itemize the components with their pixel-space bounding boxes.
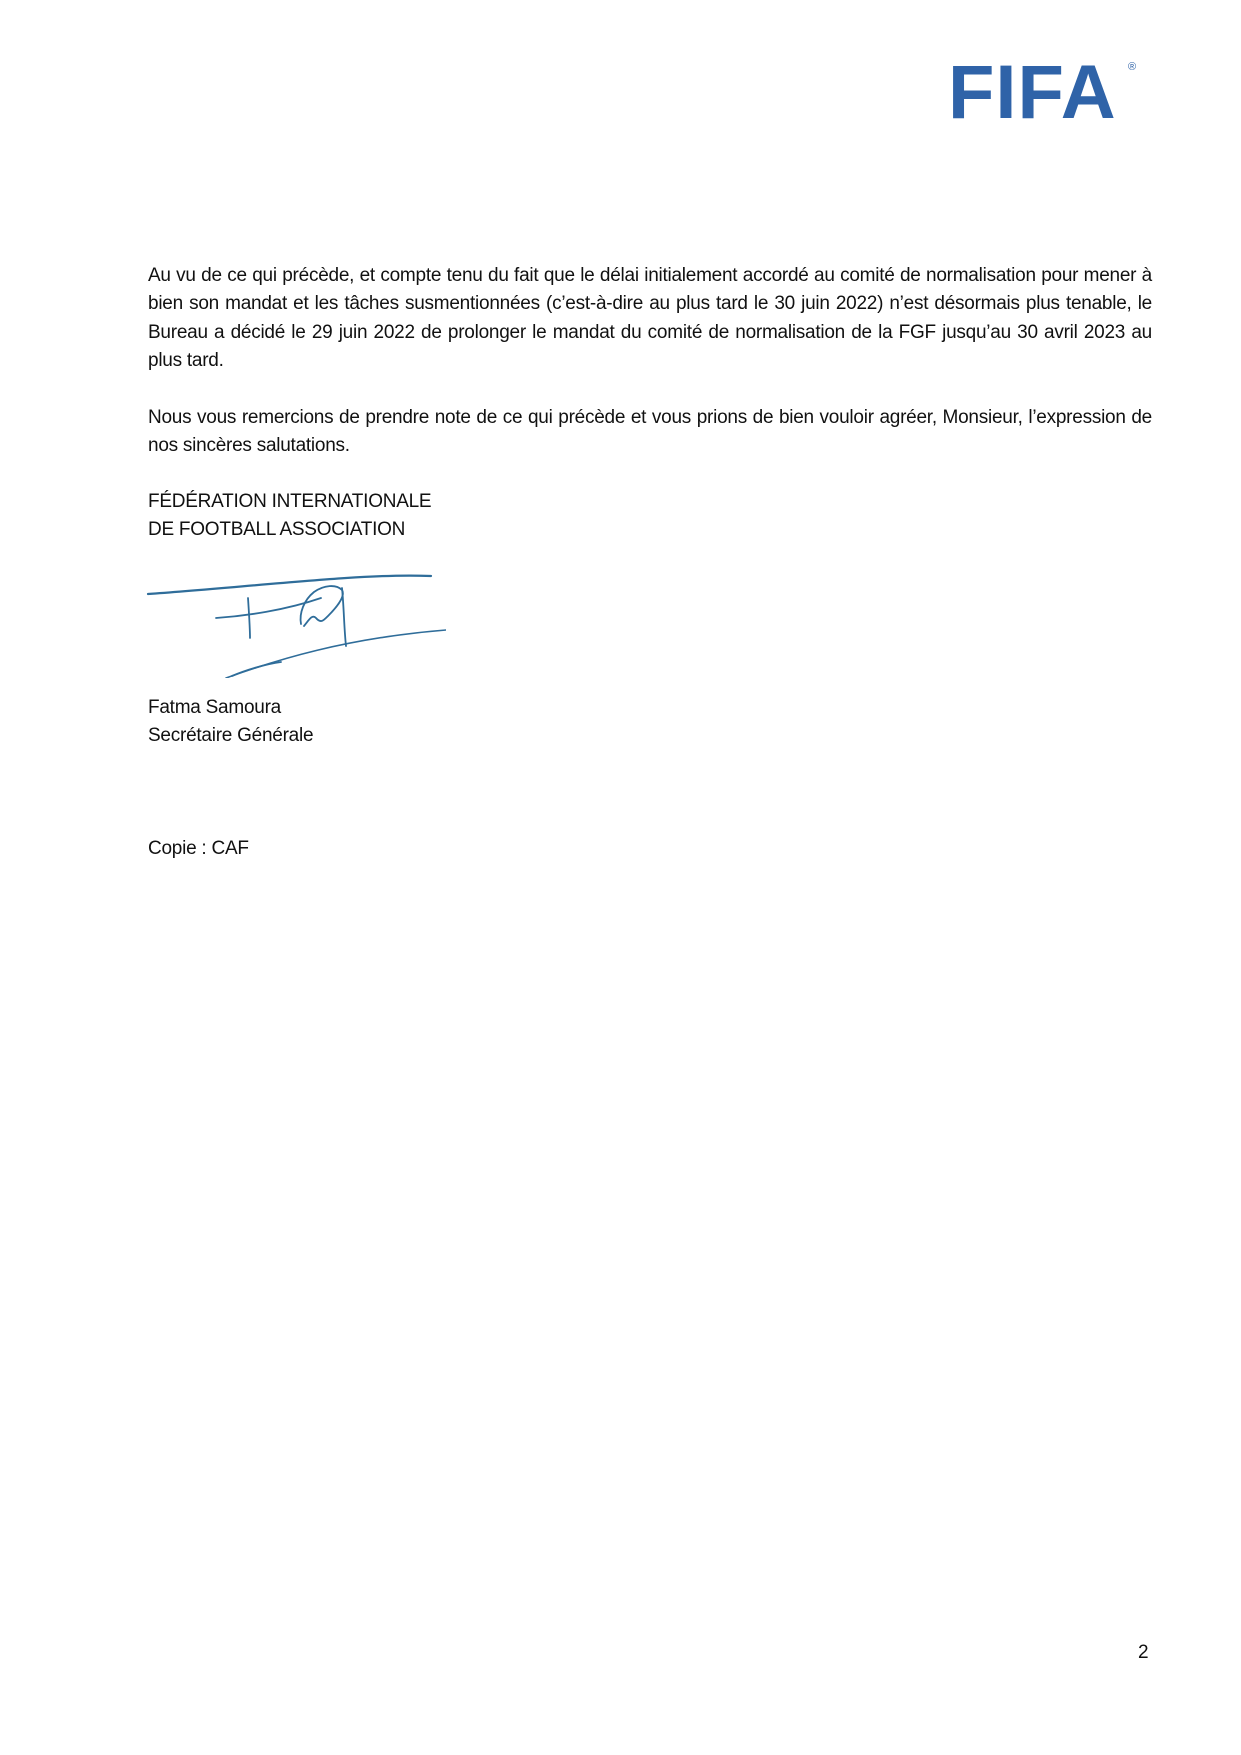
paragraph-extension-decision: Au vu de ce qui précède, et compte tenu … xyxy=(148,262,1152,376)
registered-mark: ® xyxy=(1128,61,1136,73)
paragraph-closing-salutation: Nous vous remercions de prendre note de … xyxy=(148,404,1152,461)
fifa-logo: FIFA ® xyxy=(948,56,1140,126)
page-number: 2 xyxy=(1138,1642,1149,1664)
signer-title: Secrétaire Générale xyxy=(148,722,1152,750)
organization-line-1: FÉDÉRATION INTERNATIONALE xyxy=(148,488,1152,516)
organization-line-2: DE FOOTBALL ASSOCIATION xyxy=(148,516,1152,544)
signer-block: Fatma Samoura Secrétaire Générale xyxy=(148,694,1152,751)
fifa-logo-icon: FIFA ® xyxy=(948,56,1140,126)
copy-recipient: Copie : CAF xyxy=(148,835,1152,863)
signature-icon xyxy=(146,568,446,678)
organization-block: FÉDÉRATION INTERNATIONALE DE FOOTBALL AS… xyxy=(148,488,1152,545)
logo-text: FIFA xyxy=(948,56,1117,126)
signer-name: Fatma Samoura xyxy=(148,694,1152,722)
